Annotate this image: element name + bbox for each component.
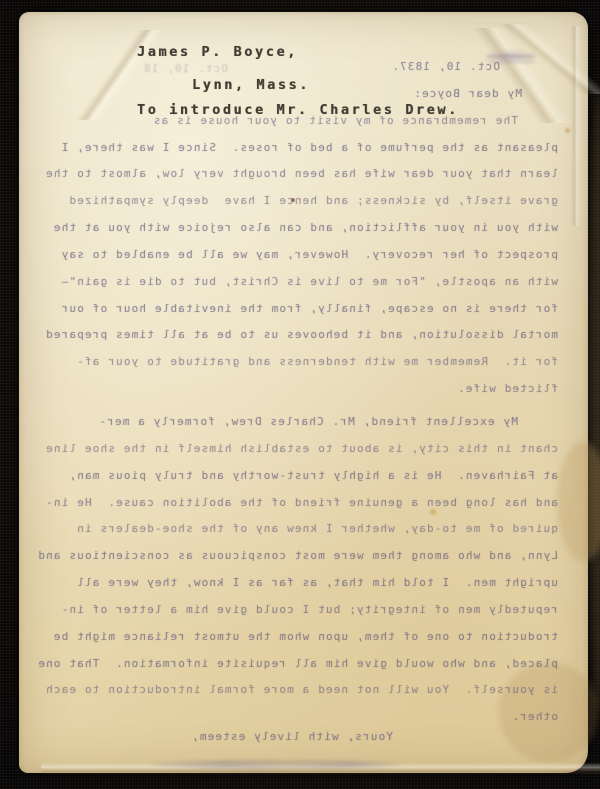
bleedthrough-line: pleasant as the perfume of a bed of rose… (44, 135, 558, 162)
bleedthrough-line: troduction to one of them, upon whom the… (44, 624, 558, 651)
bleedthrough-line: learn that your dear wife has been broug… (44, 161, 558, 188)
bleedthrough-signature-smudge (150, 760, 402, 769)
addressee-name: James P. Boyce, (137, 44, 298, 60)
bleedthrough-line: quired of me to-day, whether I knew any … (44, 516, 558, 543)
bleedthrough-line: for it. Remember me with tenderness and … (44, 349, 558, 376)
bleedthrough-line: My excellent friend, Mr. Charles Drew, f… (44, 409, 558, 436)
bleedthrough-line: Lynn, and who among them were most consp… (44, 543, 558, 570)
bleedthrough-line: prospect of her recovery. However, may w… (44, 242, 558, 269)
bleedthrough-line: with you in your affliction, and can als… (44, 215, 558, 242)
addressee-city: Lynn, Mass. (192, 77, 310, 93)
introduction-line: To introduce Mr. Charles Drew. (137, 102, 459, 118)
bleedthrough-line: with an apostle, "For me to live is Chri… (44, 269, 558, 296)
bleedthrough-line: flicted wife. (44, 376, 558, 403)
foxing-speck (565, 128, 570, 133)
bleedthrough-line: chant in this city, is about to establis… (44, 436, 558, 463)
bleedthrough-line: and has long been a genuine friend of th… (44, 490, 558, 517)
verso-bleedthrough-text: Oct. 10, 1837.My dear Boyce:The remembra… (44, 54, 558, 751)
bleedthrough-line: other. (44, 704, 558, 731)
stain-right-strip (589, 92, 600, 712)
bleedthrough-date-echo: Oct. 10, 18 (148, 62, 228, 75)
scan-background: Oct. 10, 1837.My dear Boyce:The remembra… (0, 0, 600, 789)
bleedthrough-line: is yourself. You will not need a more fo… (44, 677, 558, 704)
bleedthrough-line: at Fairhaven. He is a highly trust-worth… (44, 463, 558, 490)
bleedthrough-line: placed, and who would give him all requi… (44, 651, 558, 678)
stain-right-edge (557, 442, 600, 562)
crease-right-vertical (564, 26, 586, 226)
bleedthrough-line: reputedly men of integrity; but I could … (44, 597, 558, 624)
bleedthrough-line: for there is no escape, finally, from th… (44, 296, 558, 323)
bleedthrough-line: grave itself, by sickness; and hence I h… (44, 188, 558, 215)
bleedthrough-line: mortal dissolution, and it behooves us t… (44, 322, 558, 349)
bleedthrough-line: upright men. I told him that, as far as … (44, 570, 558, 597)
